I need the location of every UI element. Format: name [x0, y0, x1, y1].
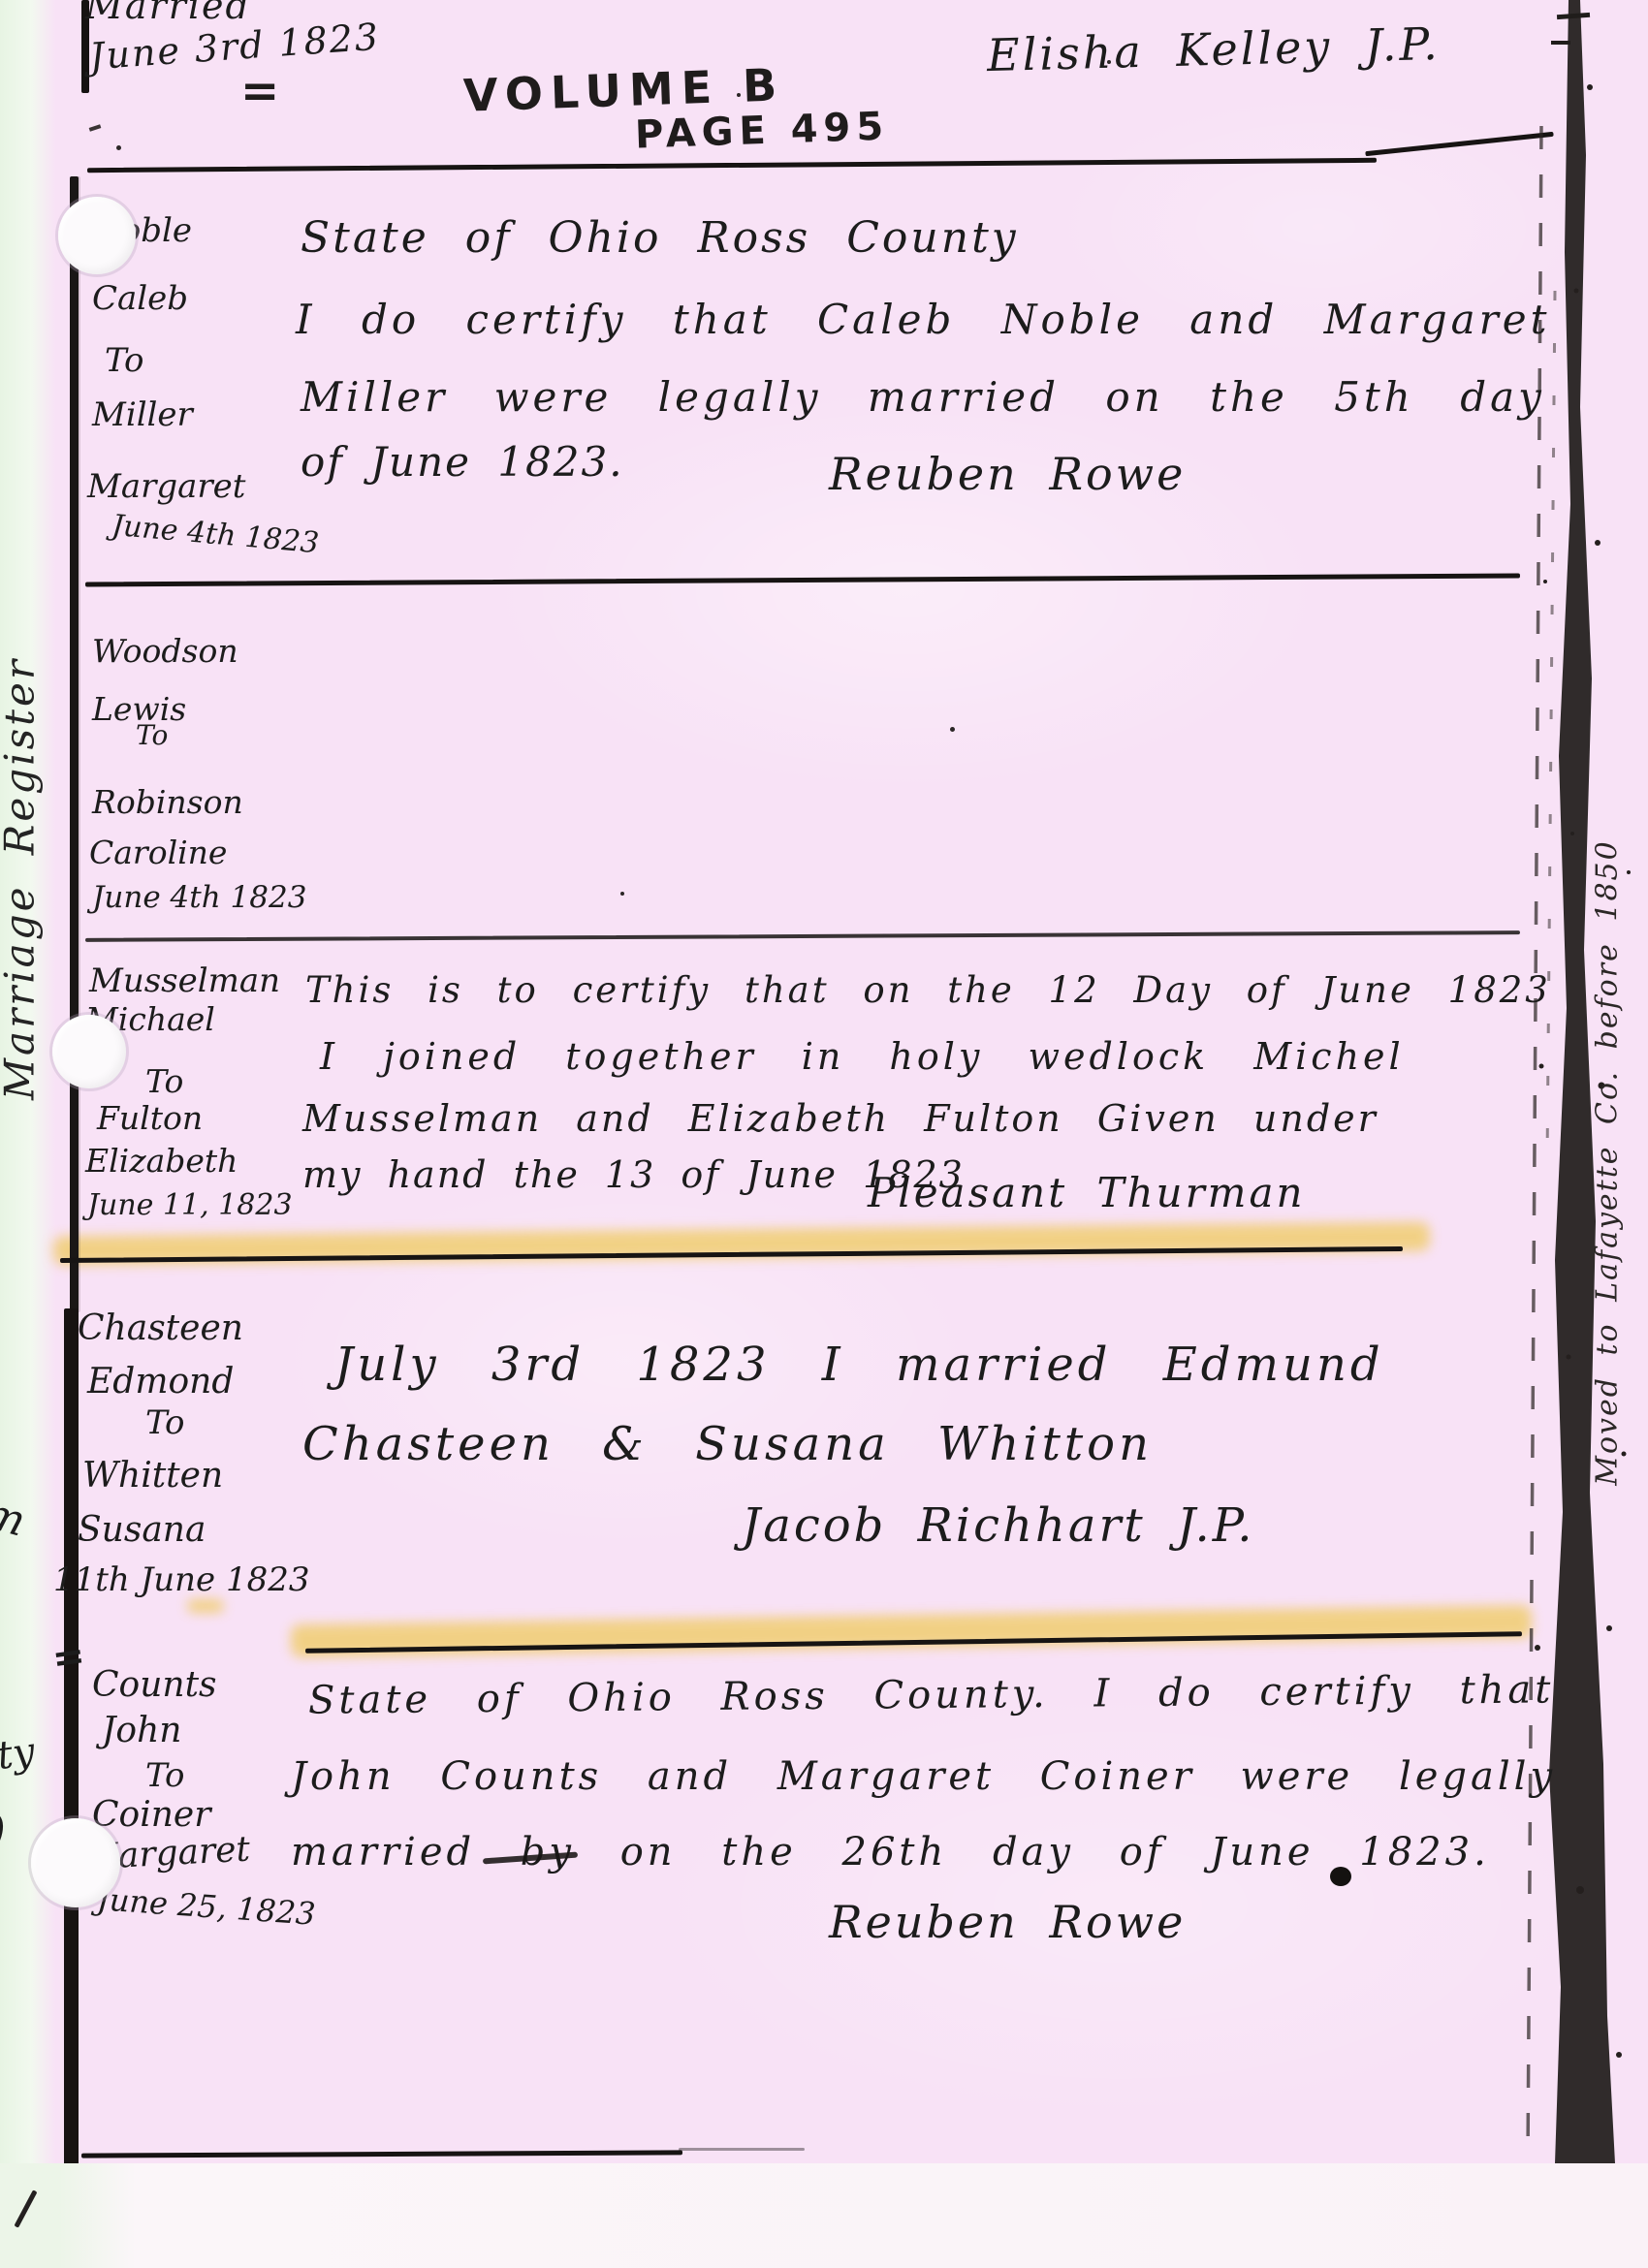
yellow-highlight-smudge [187, 1599, 224, 1613]
margin-groom-firstname: Edmond [87, 1362, 234, 1402]
ink-speck [620, 892, 624, 896]
entry-divider-line [85, 930, 1520, 942]
margin-date: 11th June 1823 [53, 1560, 310, 1599]
margin-date: June 11, 1823 [87, 1188, 293, 1222]
genealogist-margin-note: Moved to Lafayette Co. before 1850 [1591, 737, 1625, 1590]
margin-bride-surname: Miller [92, 395, 193, 434]
margin-to-label: To [136, 719, 168, 751]
margin-bride-surname: Fulton [97, 1099, 203, 1137]
certificate-line: John Counts and Margaret Coiner were leg… [291, 1754, 1556, 1799]
margin-bride-firstname: Caroline [89, 834, 227, 871]
margin-groom-firstname: John [102, 1711, 181, 1750]
certificate-line: Miller were legally married on the 5th d… [301, 373, 1545, 421]
entry-divider-line [85, 573, 1520, 586]
certificate-line: I joined together in holy wedlock Michel [320, 1035, 1405, 1078]
certificate-line: of June 1823. [301, 438, 624, 486]
certificate-line: married by on the 26th day of June 1823. [291, 1830, 1490, 1874]
margin-to-label: To [145, 1062, 183, 1100]
scanned-register-page: Married June 3rd 1823 = VOLUME B PAGE 49… [0, 0, 1648, 2268]
margin-groom-surname: Chasteen [78, 1308, 243, 1348]
page-number-label: PAGE 495 [634, 104, 890, 157]
entry-divider-line-tail [679, 2148, 805, 2151]
margin-date: June 4th 1823 [92, 880, 306, 915]
scanner-edge-strip-bottom [0, 2163, 1648, 2268]
margin-bride-surname: Coiner [92, 1795, 210, 1835]
spine-title-marriage-register: Marriage Register [0, 491, 44, 1267]
officiant-signature: Jacob Richhart J.P. [742, 1498, 1255, 1553]
hole-punch [58, 197, 136, 274]
certificate-line: State of Ohio Ross County [301, 213, 1019, 263]
margin-groom-surname: Counts [92, 1665, 217, 1705]
margin-groom-surname: Musselman [89, 961, 280, 1000]
ink-speck [950, 727, 955, 732]
ink-blot [1330, 1867, 1351, 1886]
officiant-signature: Reuben Rowe [829, 1896, 1186, 1948]
margin-bride-surname: Whitten [82, 1456, 223, 1496]
margin-groom-surname: Woodson [92, 632, 238, 670]
certificate-line: Chasteen & Susana Whitton [302, 1417, 1153, 1471]
officiant-signature-top: Elisha Kelley J.P. [986, 17, 1441, 81]
entry-divider-line [87, 158, 1377, 173]
ink-speck [116, 145, 121, 150]
hole-punch [31, 1818, 120, 1907]
margin-bride-firstname: Margaret [87, 467, 245, 506]
entry-divider-line [81, 2150, 682, 2158]
certificate-line: my hand the 13 of June 1823 [302, 1153, 965, 1196]
margin-date: June 4th 1823 [111, 509, 321, 561]
margin-bride-firstname: Elizabeth [85, 1142, 238, 1180]
hole-punch [52, 1015, 126, 1088]
margin-bride-surname: Robinson [92, 783, 243, 821]
ink-tick-mark [89, 124, 102, 132]
equals-mark: = [49, 1632, 88, 1682]
margin-date: June 25, 1823 [96, 1880, 317, 1933]
margin-bride-firstname: Susana [78, 1510, 206, 1550]
cut-off-writing-fragment: ) [0, 1805, 6, 1857]
officiant-signature: Reuben Rowe [829, 448, 1186, 500]
margin-to-label: To [145, 1756, 185, 1795]
officiant-signature: Pleasant Thurman [868, 1169, 1306, 1216]
certificate-line: I do certify that Caleb Noble and Margar… [296, 296, 1551, 343]
equals-mark: = [240, 64, 279, 118]
ledger-vertical-rule-lower [64, 1308, 79, 2173]
certificate-line: July 3rd 1823 I married Edmund [334, 1338, 1384, 1392]
certificate-line: Musselman and Elizabeth Fulton Given und… [302, 1097, 1379, 1140]
cut-off-writing-fragment: rty [0, 1729, 38, 1781]
margin-to-label: To [105, 341, 144, 380]
ledger-vertical-rule [70, 176, 79, 1312]
certificate-line: State of Ohio Ross County. I do certify … [308, 1667, 1555, 1722]
margin-to-label: To [145, 1403, 185, 1442]
certificate-line: This is to certify that on the 12 Day of… [305, 969, 1551, 1011]
margin-groom-firstname: Caleb [92, 279, 188, 318]
previous-entry-fragment: Married [85, 0, 251, 27]
